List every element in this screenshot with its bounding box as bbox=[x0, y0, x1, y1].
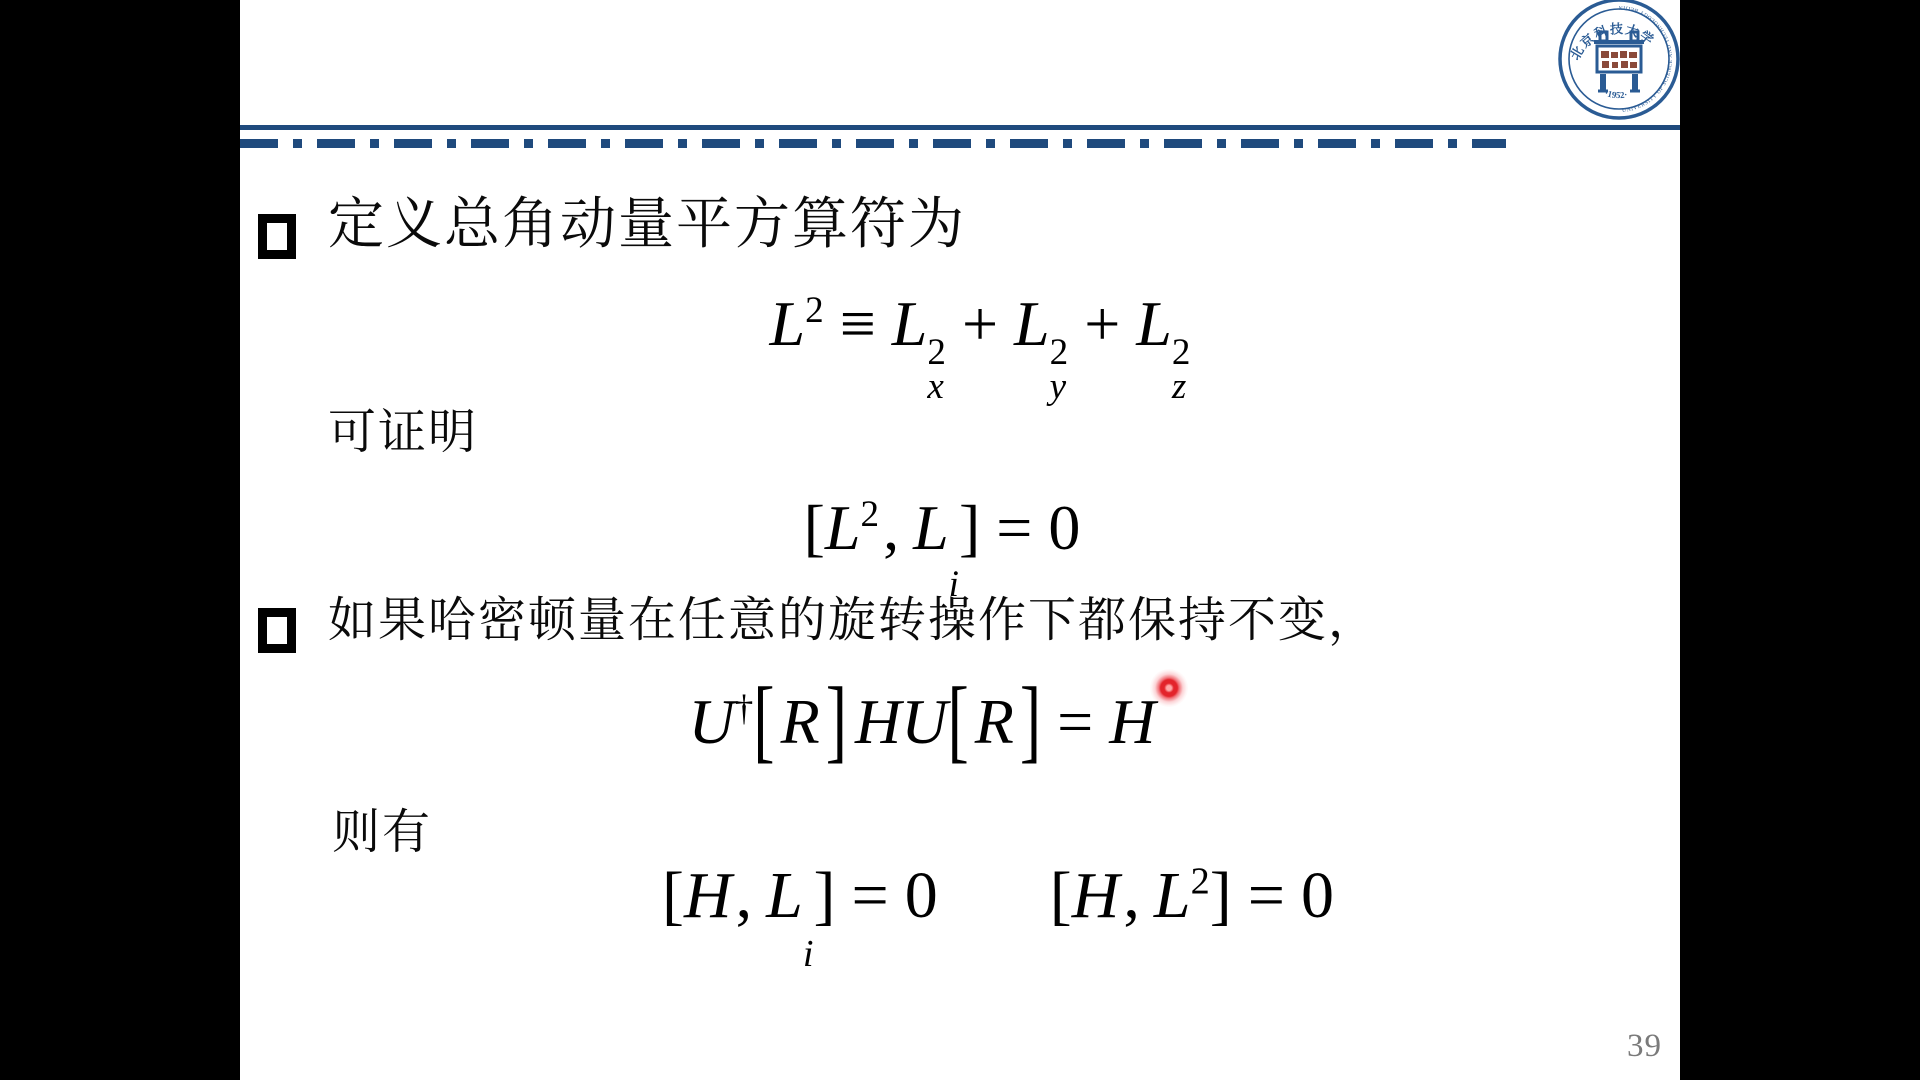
note1-text: 可证明 bbox=[328, 404, 478, 462]
bullet2-text: 如果哈密顿量在任意的旋转操作下都保持不变， bbox=[328, 592, 1378, 650]
formula-superscript: 2 bbox=[1172, 336, 1191, 370]
right-bracket: ] bbox=[814, 859, 836, 932]
comma: , bbox=[1123, 859, 1140, 932]
formula-term: L bbox=[1136, 288, 1172, 359]
formula-term: L bbox=[825, 492, 861, 563]
divider-dashdot-line bbox=[240, 139, 1506, 148]
formula-superscript: 2 bbox=[1191, 860, 1210, 902]
formula-subscript: z bbox=[1172, 370, 1186, 404]
note2-text: 则有 bbox=[332, 804, 432, 862]
bullet1-text: 定义总角动量平方算符为 bbox=[328, 192, 966, 259]
formula-superscript: 2 bbox=[861, 494, 880, 535]
formula-term: H bbox=[1109, 686, 1155, 757]
right-bracket: ] bbox=[1020, 674, 1041, 767]
formula-superscript: 2 bbox=[1050, 336, 1069, 370]
page-number: 39 bbox=[1627, 1028, 1662, 1065]
formula-subscript: y bbox=[1050, 370, 1066, 404]
equals-sign: = bbox=[1057, 686, 1093, 757]
formula-term: L bbox=[1154, 859, 1191, 932]
left-bracket: [ bbox=[662, 859, 684, 932]
formula-term: L bbox=[770, 288, 806, 359]
university-logo: 北京科技大学 UNIVERSITY OF SCIENCE AND TECHNOL… bbox=[1556, 0, 1680, 122]
formula-h-li: [H,L i]=0 bbox=[662, 859, 938, 932]
slide-canvas: 北京科技大学 UNIVERSITY OF SCIENCE AND TECHNOL… bbox=[240, 0, 1680, 1080]
plus-sign: + bbox=[1084, 288, 1120, 359]
plus-sign: + bbox=[962, 288, 998, 359]
equals-sign: = bbox=[1248, 859, 1285, 932]
formula-h-l2: [H,L2]=0 bbox=[1050, 859, 1334, 932]
left-bracket: [ bbox=[1050, 859, 1072, 932]
formula-scripts: 2z bbox=[1172, 336, 1191, 404]
formula-subscript: x bbox=[927, 370, 943, 404]
formula-term: L bbox=[913, 492, 949, 563]
comma: , bbox=[883, 492, 899, 563]
divider-solid-line bbox=[240, 125, 1680, 130]
formula-l2-li-commutator: [L2,L i]=0 bbox=[240, 496, 1662, 602]
left-bracket: [ bbox=[804, 492, 825, 563]
left-bracket: [ bbox=[947, 674, 968, 767]
formula-term: L bbox=[766, 859, 803, 932]
formula-term: 0 bbox=[1301, 859, 1334, 932]
formula-superscript: 2 bbox=[927, 336, 946, 370]
formula-term: L bbox=[892, 288, 928, 359]
dagger-superscript: † bbox=[735, 688, 754, 729]
formula-term: R bbox=[975, 686, 1014, 757]
formula-scripts: i bbox=[803, 937, 814, 972]
formula-hamiltonian-rotation-invariance: U†[R]HU[R]=H bbox=[240, 690, 1642, 754]
formula-h-commutators: [H,L i]=0[H,L2]=0 bbox=[278, 862, 1680, 972]
formula-term: U bbox=[901, 686, 947, 757]
formula-total-angular-momentum: L2≡L2x+L2y+L2z bbox=[260, 292, 1680, 405]
formula-term: H bbox=[684, 859, 732, 932]
left-bracket: [ bbox=[753, 674, 774, 767]
equals-sign: = bbox=[852, 859, 889, 932]
formula-scripts: 2y bbox=[1050, 336, 1069, 404]
right-bracket: ] bbox=[826, 674, 847, 767]
formula-term: U bbox=[689, 686, 735, 757]
right-bracket: ] bbox=[959, 492, 980, 563]
right-bracket: ] bbox=[1210, 859, 1232, 932]
bullet-square-icon bbox=[258, 214, 296, 259]
formula-superscript: 2 bbox=[805, 290, 824, 331]
formula-term: L bbox=[1014, 288, 1050, 359]
formula-term: 0 bbox=[905, 859, 938, 932]
equals-sign: = bbox=[996, 492, 1032, 563]
formula-term: 0 bbox=[1048, 492, 1080, 563]
bullet-square-icon bbox=[258, 608, 296, 653]
formula-term: H bbox=[1072, 859, 1120, 932]
formula-subscript: i bbox=[803, 937, 814, 972]
formula-term: H bbox=[855, 686, 901, 757]
equiv-sign: ≡ bbox=[840, 288, 876, 359]
comma: , bbox=[736, 859, 753, 932]
formula-scripts: 2x bbox=[927, 336, 946, 404]
formula-term: R bbox=[781, 686, 820, 757]
